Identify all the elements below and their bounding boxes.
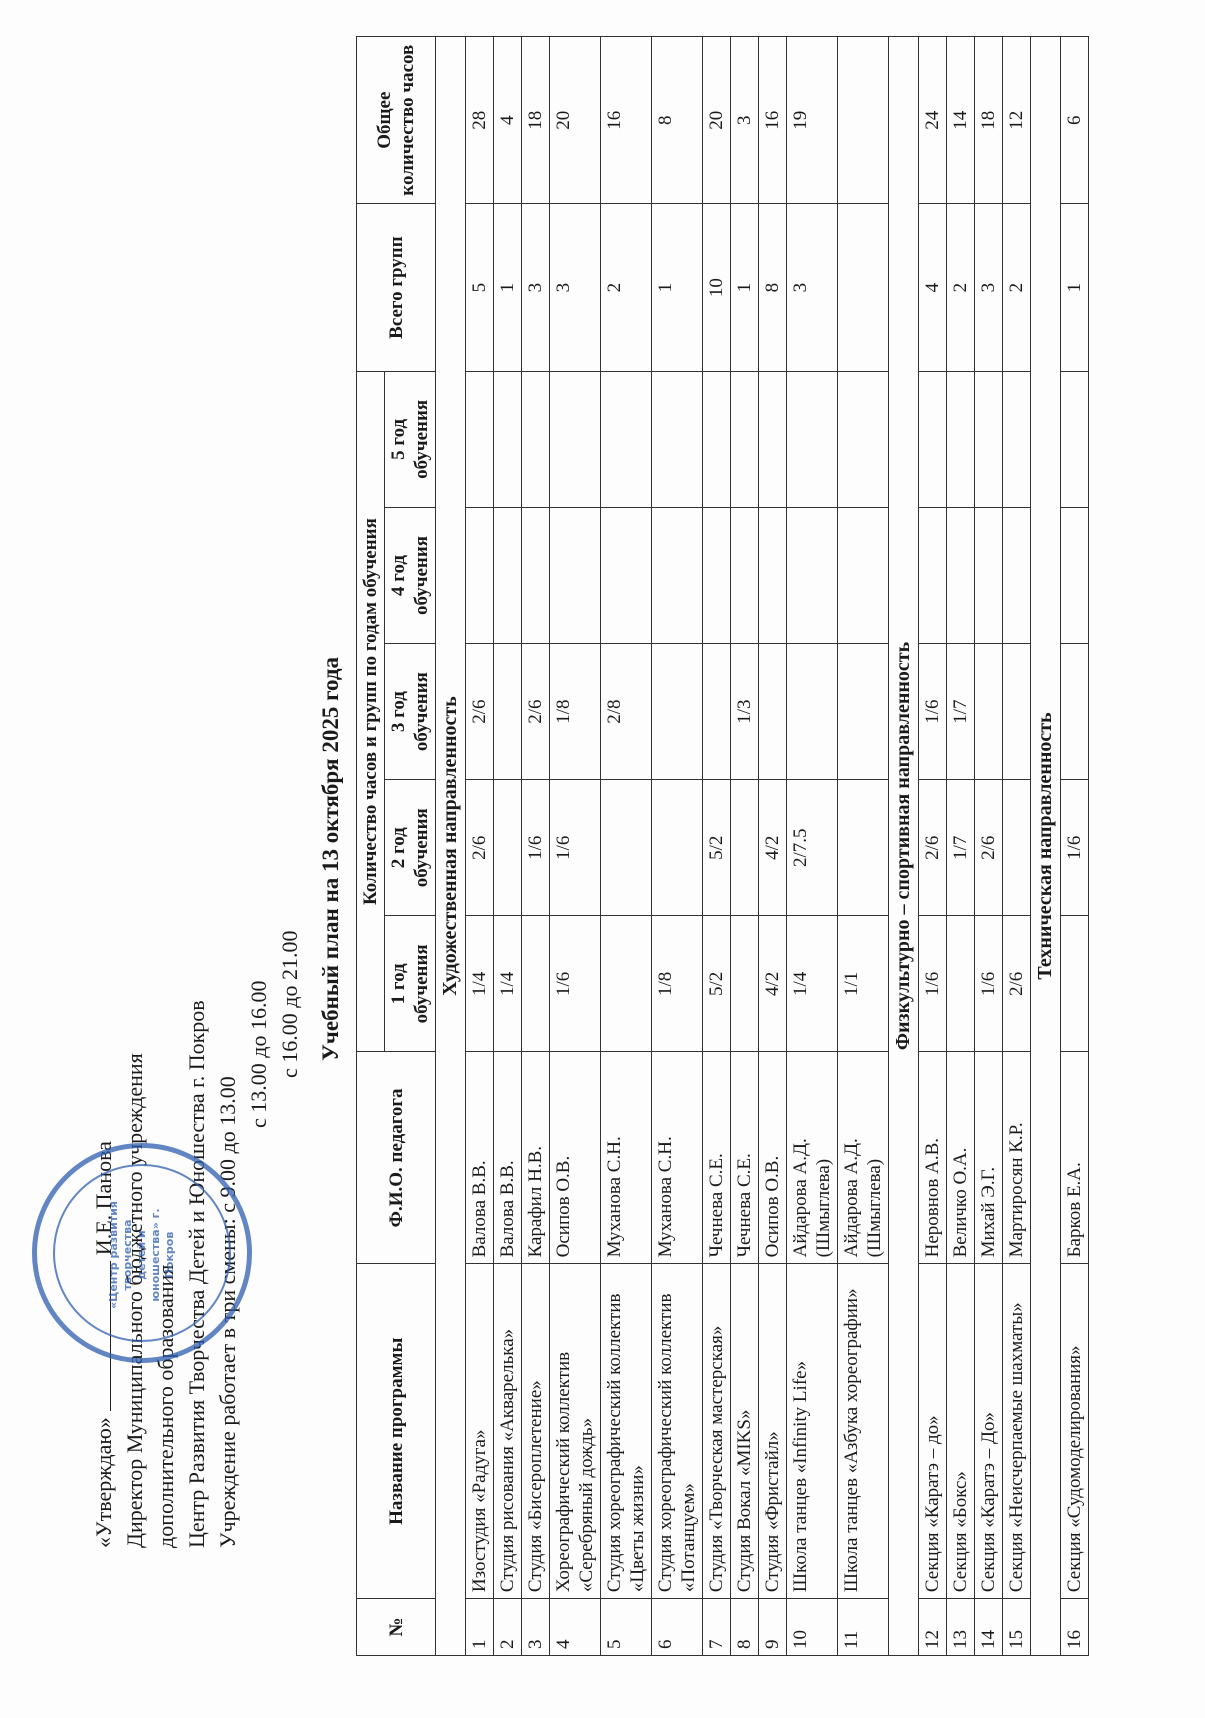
cell-y3: 2/6: [522, 644, 550, 780]
cell-y2: [1003, 780, 1031, 916]
cell-y3: 2/6: [466, 644, 494, 780]
cell-teacher: Карафил Н.В.: [522, 1052, 550, 1264]
col-y4: 4 год обучения: [385, 507, 436, 643]
cell-groups: 1: [731, 204, 759, 371]
cell-y4: [522, 507, 550, 643]
table-row: 14Секция «Каратэ – До»Михай Э.Г.1/62/631…: [975, 37, 1003, 1656]
section-row: Художественная направленность: [436, 37, 466, 1656]
table-row: 5Студия хореографический коллектив «Цвет…: [601, 37, 652, 1656]
cell-teacher: Мартиросян К.Р.: [1003, 1052, 1031, 1264]
cell-program: Секция «Неисчерпаемые шахматы»: [1003, 1264, 1031, 1599]
col-program: Название программы: [357, 1264, 436, 1599]
col-y2: 2 год обучения: [385, 780, 436, 916]
cell-y5: [731, 371, 759, 507]
col-hours: Общее количество часов: [357, 37, 436, 204]
cell-y4: [731, 507, 759, 643]
cell-y3: [652, 644, 703, 780]
cell-y3: 1/3: [731, 644, 759, 780]
cell-groups: [838, 204, 889, 371]
cell-y5: [919, 371, 947, 507]
cell-y5: [601, 371, 652, 507]
cell-y3: [759, 644, 787, 780]
cell-groups: 2: [1003, 204, 1031, 371]
section-row: Техническая направленность: [1031, 37, 1061, 1656]
cell-teacher: Айдарова А.Д. (Шмыглева): [787, 1052, 838, 1264]
cell-y4: [1061, 507, 1089, 643]
col-num: №: [357, 1599, 436, 1656]
cell-teacher: Валова В.В.: [466, 1052, 494, 1264]
cell-y1: 1/6: [919, 916, 947, 1052]
cell-groups: 1: [1061, 204, 1089, 371]
cell-num: 3: [522, 1599, 550, 1656]
cell-hours: [838, 37, 889, 204]
cell-y5: [703, 371, 731, 507]
cell-y2: 2/6: [975, 780, 1003, 916]
cell-groups: 1: [652, 204, 703, 371]
cell-program: Секция «Каратэ – До»: [975, 1264, 1003, 1599]
cell-hours: 20: [703, 37, 731, 204]
cell-teacher: Муханова С.Н.: [652, 1052, 703, 1264]
cell-num: 2: [494, 1599, 522, 1656]
col-groups: Всего групп: [357, 204, 436, 371]
cell-y5: [466, 371, 494, 507]
table-row: 15Секция «Неисчерпаемые шахматы»Мартирос…: [1003, 37, 1031, 1656]
cell-y4: [550, 507, 601, 643]
cell-program: Школа танцев «Азбука хореографии»: [838, 1264, 889, 1599]
cell-y5: [522, 371, 550, 507]
cell-hours: 3: [731, 37, 759, 204]
cell-y1: [522, 916, 550, 1052]
cell-teacher: Осипов О.В.: [759, 1052, 787, 1264]
cell-y1: 1/1: [838, 916, 889, 1052]
cell-groups: 1: [494, 204, 522, 371]
cell-y2: 1/7: [947, 780, 975, 916]
cell-hours: 24: [919, 37, 947, 204]
cell-y5: [787, 371, 838, 507]
cell-groups: 2: [601, 204, 652, 371]
cell-y2: 2/7.5: [787, 780, 838, 916]
cell-hours: 19: [787, 37, 838, 204]
cell-y5: [975, 371, 1003, 507]
cell-hours: 18: [522, 37, 550, 204]
cell-program: Студия «Творческая мастерская»: [703, 1264, 731, 1599]
cell-y2: 1/6: [1061, 780, 1089, 916]
col-y5: 5 год обучения: [385, 371, 436, 507]
col-teacher: Ф.И.О. педагога: [357, 1052, 436, 1264]
cell-y1: 4/2: [759, 916, 787, 1052]
cell-groups: 5: [466, 204, 494, 371]
cell-program: Студия Вокал «MIKS»: [731, 1264, 759, 1599]
cell-teacher: Чечнева С.Е.: [703, 1052, 731, 1264]
table-row: 16Секция «Судомоделирования»Барков Е.А.1…: [1061, 37, 1089, 1656]
cell-num: 9: [759, 1599, 787, 1656]
cell-hours: 12: [1003, 37, 1031, 204]
cell-y1: 1/6: [550, 916, 601, 1052]
document-page: «Утверждаю»И.Е. Панова Директор Муниципа…: [0, 0, 1205, 1718]
col-group-years: Количество часов и групп по годам обучен…: [357, 371, 385, 1052]
table-row: 1Изостудия «Радуга»Валова В.В.1/42/62/65…: [466, 37, 494, 1656]
cell-teacher: Барков Е.А.: [1061, 1052, 1089, 1264]
cell-y2: [838, 780, 889, 916]
cell-groups: 3: [522, 204, 550, 371]
section-row: Физкультурно – спортивная направленность: [889, 37, 919, 1656]
cell-groups: 3: [975, 204, 1003, 371]
cell-num: 15: [1003, 1599, 1031, 1656]
table-row: 10Школа танцев «Infinity Life»Айдарова А…: [787, 37, 838, 1656]
cell-program: Секция «Судомоделирования»: [1061, 1264, 1089, 1599]
cell-program: Школа танцев «Infinity Life»: [787, 1264, 838, 1599]
cell-y5: [759, 371, 787, 507]
cell-program: Студия «Бисероплетение»: [522, 1264, 550, 1599]
cell-y4: [787, 507, 838, 643]
cell-groups: 10: [703, 204, 731, 371]
cell-program: Студия хореографический коллектив «Потан…: [652, 1264, 703, 1599]
cell-y3: [838, 644, 889, 780]
cell-teacher: Валова В.В.: [494, 1052, 522, 1264]
cell-hours: 18: [975, 37, 1003, 204]
cell-y4: [466, 507, 494, 643]
cell-y1: 1/4: [466, 916, 494, 1052]
cell-y4: [703, 507, 731, 643]
cell-program: Секция «Бокс»: [947, 1264, 975, 1599]
table-row: 6Студия хореографический коллектив «Пота…: [652, 37, 703, 1656]
cell-num: 13: [947, 1599, 975, 1656]
cell-hours: 16: [601, 37, 652, 204]
cell-y5: [550, 371, 601, 507]
cell-y1: [947, 916, 975, 1052]
cell-y2: 1/6: [522, 780, 550, 916]
table-row: 8Студия Вокал «MIKS»Чечнева С.Е.1/313: [731, 37, 759, 1656]
cell-hours: 14: [947, 37, 975, 204]
cell-y2: 1/6: [550, 780, 601, 916]
cell-y3: 1/6: [919, 644, 947, 780]
cell-num: 16: [1061, 1599, 1089, 1656]
cell-teacher: Муханова С.Н.: [601, 1052, 652, 1264]
shift-3: с 16.00 до 21.00: [274, 931, 305, 1548]
table-row: 9Студия «Фристайл»Осипов О.В.4/24/2816: [759, 37, 787, 1656]
table-body: Художественная направленность1Изостудия …: [436, 37, 1089, 1656]
cell-hours: 8: [652, 37, 703, 204]
cell-y5: [1061, 371, 1089, 507]
cell-y2: 2/6: [919, 780, 947, 916]
cell-program: Студия хореографический коллектив «Цветы…: [601, 1264, 652, 1599]
cell-teacher: Айдарова А.Д. (Шмыглева): [838, 1052, 889, 1264]
cell-y1: 1/4: [787, 916, 838, 1052]
approval-label: «Утверждаю»: [91, 1417, 116, 1548]
cell-y5: [838, 371, 889, 507]
cell-teacher: Чечнева С.Е.: [731, 1052, 759, 1264]
cell-y3: [975, 644, 1003, 780]
cell-hours: 28: [466, 37, 494, 204]
cell-hours: 4: [494, 37, 522, 204]
cell-y1: [601, 916, 652, 1052]
table-row: 13Секция «Бокс»Величко О.А.1/71/7214: [947, 37, 975, 1656]
cell-program: Изостудия «Радуга»: [466, 1264, 494, 1599]
cell-num: 4: [550, 1599, 601, 1656]
cell-y4: [1003, 507, 1031, 643]
cell-y4: [838, 507, 889, 643]
cell-y2: [494, 780, 522, 916]
cell-num: 12: [919, 1599, 947, 1656]
cell-y1: 5/2: [703, 916, 731, 1052]
cell-y4: [759, 507, 787, 643]
cell-y2: [731, 780, 759, 916]
table-row: 12Секция «Каратэ – до»Неровнов А.В.1/62/…: [919, 37, 947, 1656]
table-row: 4Хореографический коллектив «Серебряный …: [550, 37, 601, 1656]
cell-groups: 3: [787, 204, 838, 371]
cell-y3: [1061, 644, 1089, 780]
cell-y5: [494, 371, 522, 507]
cell-y3: 1/8: [550, 644, 601, 780]
cell-y2: 4/2: [759, 780, 787, 916]
cell-program: Студия «Фристайл»: [759, 1264, 787, 1599]
cell-groups: 3: [550, 204, 601, 371]
stamp-seal-icon: «Центр развития творчества детей и юноше…: [32, 1143, 252, 1363]
cell-groups: 8: [759, 204, 787, 371]
cell-num: 8: [731, 1599, 759, 1656]
cell-y2: [652, 780, 703, 916]
cell-teacher: Михай Э.Г.: [975, 1052, 1003, 1264]
cell-y5: [652, 371, 703, 507]
cell-hours: 16: [759, 37, 787, 204]
cell-y4: [601, 507, 652, 643]
cell-teacher: Неровнов А.В.: [919, 1052, 947, 1264]
cell-y4: [919, 507, 947, 643]
cell-num: 1: [466, 1599, 494, 1656]
cell-program: Секция «Каратэ – до»: [919, 1264, 947, 1599]
cell-teacher: Осипов О.В.: [550, 1052, 601, 1264]
cell-y5: [1003, 371, 1031, 507]
cell-num: 7: [703, 1599, 731, 1656]
cell-y2: [601, 780, 652, 916]
cell-groups: 2: [947, 204, 975, 371]
cell-groups: 4: [919, 204, 947, 371]
cell-y1: [1061, 916, 1089, 1052]
cell-y1: 1/6: [975, 916, 1003, 1052]
section-heading: Техническая направленность: [1031, 37, 1061, 1656]
cell-y3: [494, 644, 522, 780]
cell-y3: [787, 644, 838, 780]
cell-y4: [494, 507, 522, 643]
cell-y1: [731, 916, 759, 1052]
col-y3: 3 год обучения: [385, 644, 436, 780]
cell-y3: [1003, 644, 1031, 780]
cell-y5: [947, 371, 975, 507]
cell-y2: 2/6: [466, 780, 494, 916]
cell-y1: 1/4: [494, 916, 522, 1052]
cell-program: Хореографический коллектив «Серебряный д…: [550, 1264, 601, 1599]
table-row: 3Студия «Бисероплетение»Карафил Н.В.1/62…: [522, 37, 550, 1656]
cell-y3: 2/8: [601, 644, 652, 780]
cell-y3: [703, 644, 731, 780]
cell-program: Студия рисования «Акварелька»: [494, 1264, 522, 1599]
cell-teacher: Величко О.А.: [947, 1052, 975, 1264]
cell-num: 6: [652, 1599, 703, 1656]
section-heading: Художественная направленность: [436, 37, 466, 1656]
cell-y4: [947, 507, 975, 643]
cell-y1: 2/6: [1003, 916, 1031, 1052]
table-row: 11Школа танцев «Азбука хореографии»Айдар…: [838, 37, 889, 1656]
cell-hours: 20: [550, 37, 601, 204]
cell-hours: 6: [1061, 37, 1089, 204]
section-heading: Физкультурно – спортивная направленность: [889, 37, 919, 1656]
cell-num: 5: [601, 1599, 652, 1656]
page-title: Учебный план на 13 октября 2025 года: [318, 0, 344, 1718]
cell-num: 11: [838, 1599, 889, 1656]
table-row: 7Студия «Творческая мастерская»Чечнева С…: [703, 37, 731, 1656]
cell-y4: [975, 507, 1003, 643]
cell-y4: [652, 507, 703, 643]
cell-num: 14: [975, 1599, 1003, 1656]
cell-y1: 1/8: [652, 916, 703, 1052]
curriculum-table: № Название программы Ф.И.О. педагога Кол…: [356, 36, 1089, 1656]
cell-y2: 5/2: [703, 780, 731, 916]
table-row: 2Студия рисования «Акварелька»Валова В.В…: [494, 37, 522, 1656]
col-y1: 1 год обучения: [385, 916, 436, 1052]
cell-y3: 1/7: [947, 644, 975, 780]
cell-num: 10: [787, 1599, 838, 1656]
